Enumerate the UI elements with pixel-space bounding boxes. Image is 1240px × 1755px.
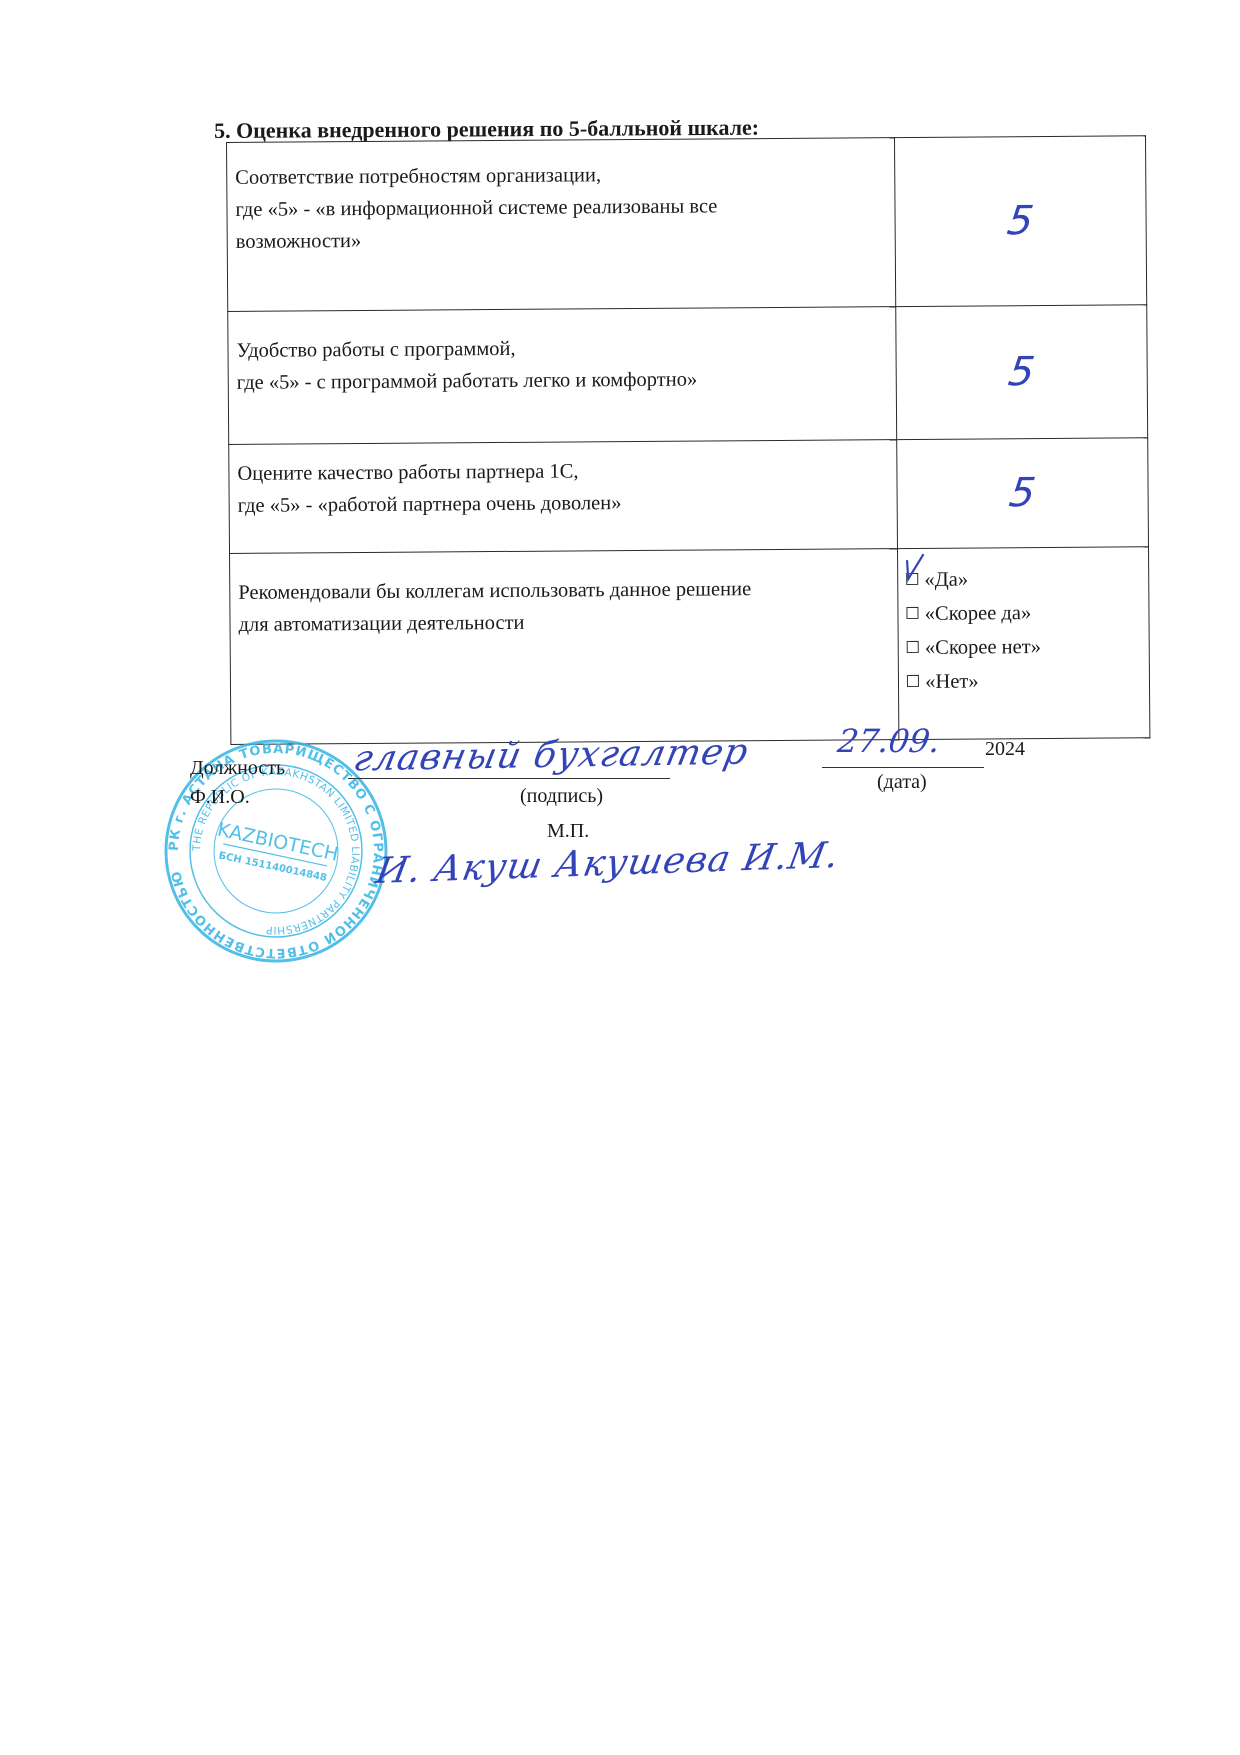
question-cell: Рекомендовали бы коллегам использовать д… xyxy=(230,549,900,745)
score-cell[interactable]: 5 xyxy=(897,438,1149,549)
question-cell: Оцените качество работы партнера 1С, где… xyxy=(229,440,898,554)
checkmark-icon xyxy=(903,553,925,583)
signature-line xyxy=(348,778,670,779)
option-item[interactable]: «Скорее нет» xyxy=(907,629,1149,665)
date-field[interactable]: 27.09. xyxy=(838,722,940,760)
table-row: Удобство работы с программой, где «5» - … xyxy=(228,305,1148,445)
question-cell: Соответствие потребностям организации, г… xyxy=(227,138,896,312)
seal-caption: М.П. xyxy=(547,820,589,843)
options-cell: «Да»«Скорее да»«Скорее нет»«Нет» xyxy=(898,547,1150,740)
signature-caption: (подпись) xyxy=(520,785,603,808)
question-line: где «5» - «работой партнера очень доволе… xyxy=(238,486,889,523)
option-label: «Скорее нет» xyxy=(925,636,1041,659)
question-line: Удобство работы с программой, xyxy=(236,331,887,368)
option-item[interactable]: «Скорее да» xyxy=(907,595,1149,631)
checkbox-unchecked[interactable] xyxy=(907,675,919,687)
handwritten-position[interactable]: главный бухгалтер xyxy=(350,732,752,780)
table-row: Рекомендовали бы коллегам использовать д… xyxy=(230,547,1150,745)
score-cell[interactable]: 5 xyxy=(896,305,1148,440)
question-line: Оцените качество работы партнера 1С, xyxy=(237,454,888,491)
handwritten-score: 5 xyxy=(1005,341,1039,403)
option-item[interactable]: «Нет» xyxy=(907,663,1149,699)
handwritten-fio[interactable]: И. Акуш Акушева И.М. xyxy=(373,835,843,892)
table-row: Соответствие потребностям организации, г… xyxy=(227,136,1147,312)
rating-table: Соответствие потребностям организации, г… xyxy=(226,135,1150,745)
question-line: где «5» - «в информационной системе реал… xyxy=(235,190,886,227)
option-label: «Скорее да» xyxy=(925,602,1032,625)
table-row: Оцените качество работы партнера 1С, где… xyxy=(229,438,1149,554)
question-line: возможности» xyxy=(236,222,887,259)
fio-label: Ф.И.О. xyxy=(190,786,250,809)
recommend-options: «Да»«Скорее да»«Скорее нет»«Нет» xyxy=(898,547,1149,699)
score-cell[interactable]: 5 xyxy=(895,136,1147,307)
handwritten-score: 5 xyxy=(1004,190,1038,252)
question-line: Рекомендовали бы коллегам использовать д… xyxy=(238,573,889,610)
date-caption: (дата) xyxy=(877,771,927,794)
handwritten-score: 5 xyxy=(1006,462,1040,524)
question-line: для автоматизации деятельности xyxy=(238,605,889,642)
option-item[interactable]: «Да» xyxy=(906,561,1148,597)
position-label: Должность xyxy=(190,757,285,780)
handwritten-date: 27.09. xyxy=(835,722,942,760)
question-line: где «5» - с программой работать легко и … xyxy=(237,363,888,400)
date-line xyxy=(822,767,984,768)
question-line: Соответствие потребностям организации, xyxy=(235,158,886,195)
question-cell: Удобство работы с программой, где «5» - … xyxy=(228,307,897,445)
date-year: 2024 xyxy=(985,738,1025,761)
option-label: «Нет» xyxy=(925,670,979,692)
option-label: «Да» xyxy=(924,569,968,591)
checkbox-unchecked[interactable] xyxy=(907,607,919,619)
checkbox-unchecked[interactable] xyxy=(907,641,919,653)
